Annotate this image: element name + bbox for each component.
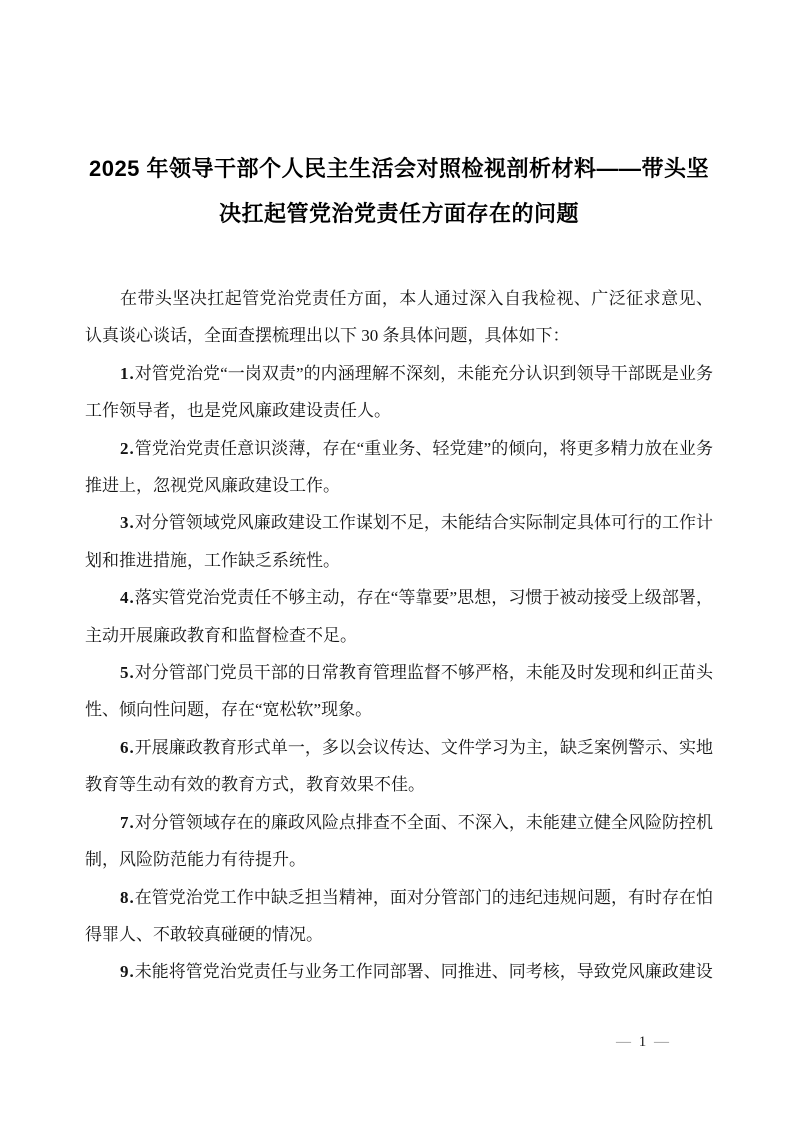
- list-item-2: 2.管党治党责任意识淡薄，存在“重业务、轻党建”的倾向，将更多精力放在业务推进上…: [85, 430, 713, 505]
- item-text: 未能将管党治党责任与业务工作同部署、同推进、同考核，导致党风廉政建设: [135, 962, 713, 981]
- page-number-value: 1: [639, 1034, 649, 1050]
- intro-paragraph: 在带头坚决扛起管党治党责任方面，本人通过深入自我检视、广泛征求意见、认真谈心谈话…: [85, 280, 713, 355]
- list-item-6: 6.开展廉政教育形式单一，多以会议传达、文件学习为主，缺乏案例警示、实地教育等生…: [85, 729, 713, 804]
- item-text: 对分管部门党员干部的日常教育管理监督不够严格，未能及时发现和纠正苗头性、倾向性问…: [85, 663, 713, 719]
- item-number: 2.: [120, 439, 135, 458]
- document-title: 2025 年领导干部个人民主生活会对照检视剖析材料——带头坚 决扛起管党治党责任…: [85, 146, 713, 236]
- item-text: 对分管领域党风廉政建设工作谋划不足，未能结合实际制定具体可行的工作计划和推进措施…: [85, 513, 713, 569]
- item-text: 管党治党责任意识淡薄，存在“重业务、轻党建”的倾向，将更多精力放在业务推进上，忽…: [85, 439, 713, 495]
- page-number: — 1 —: [616, 1030, 671, 1054]
- page-number-dash-left: —: [616, 1034, 633, 1050]
- document-title-line1: 2025 年领导干部个人民主生活会对照检视剖析材料——带头坚: [85, 146, 713, 191]
- list-item-3: 3.对分管领域党风廉政建设工作谋划不足，未能结合实际制定具体可行的工作计划和推进…: [85, 504, 713, 579]
- item-text: 落实管党治党责任不够主动，存在“等靠要”思想，习惯于被动接受上级部署，主动开展廉…: [85, 588, 713, 644]
- document-title-line2: 决扛起管党治党责任方面存在的问题: [85, 191, 713, 236]
- item-number: 1.: [120, 364, 135, 383]
- document-page: 2025 年领导干部个人民主生活会对照检视剖析材料——带头坚 决扛起管党治党责任…: [0, 0, 793, 1122]
- item-number: 6.: [120, 738, 135, 757]
- list-item-5: 5.对分管部门党员干部的日常教育管理监督不够严格，未能及时发现和纠正苗头性、倾向…: [85, 654, 713, 729]
- item-text: 对管党治党“一岗双责”的内涵理解不深刻，未能充分认识到领导干部既是业务工作领导者…: [85, 364, 713, 420]
- document-content: 2025 年领导干部个人民主生活会对照检视剖析材料——带头坚 决扛起管党治党责任…: [85, 146, 713, 991]
- list-item-7: 7.对分管领域存在的廉政风险点排查不全面、不深入，未能建立健全风险防控机制，风险…: [85, 804, 713, 879]
- item-number: 9.: [120, 962, 135, 981]
- list-item-9: 9.未能将管党治党责任与业务工作同部署、同推进、同考核，导致党风廉政建设: [85, 953, 713, 990]
- list-item-4: 4.落实管党治党责任不够主动，存在“等靠要”思想，习惯于被动接受上级部署，主动开…: [85, 579, 713, 654]
- list-item-1: 1.对管党治党“一岗双责”的内涵理解不深刻，未能充分认识到领导干部既是业务工作领…: [85, 355, 713, 430]
- item-text: 对分管领域存在的廉政风险点排查不全面、不深入，未能建立健全风险防控机制，风险防范…: [85, 813, 713, 869]
- list-item-8: 8.在管党治党工作中缺乏担当精神，面对分管部门的违纪违规问题，有时存在怕得罪人、…: [85, 879, 713, 954]
- page-number-dash-right: —: [654, 1034, 671, 1050]
- document-body: 在带头坚决扛起管党治党责任方面，本人通过深入自我检视、广泛征求意见、认真谈心谈话…: [85, 280, 713, 991]
- item-number: 7.: [120, 813, 135, 832]
- item-number: 4.: [120, 588, 135, 607]
- item-number: 8.: [120, 888, 135, 907]
- item-number: 3.: [120, 513, 135, 532]
- item-text: 开展廉政教育形式单一，多以会议传达、文件学习为主，缺乏案例警示、实地教育等生动有…: [85, 738, 713, 794]
- item-number: 5.: [120, 663, 135, 682]
- item-text: 在管党治党工作中缺乏担当精神，面对分管部门的违纪违规问题，有时存在怕得罪人、不敢…: [85, 888, 713, 944]
